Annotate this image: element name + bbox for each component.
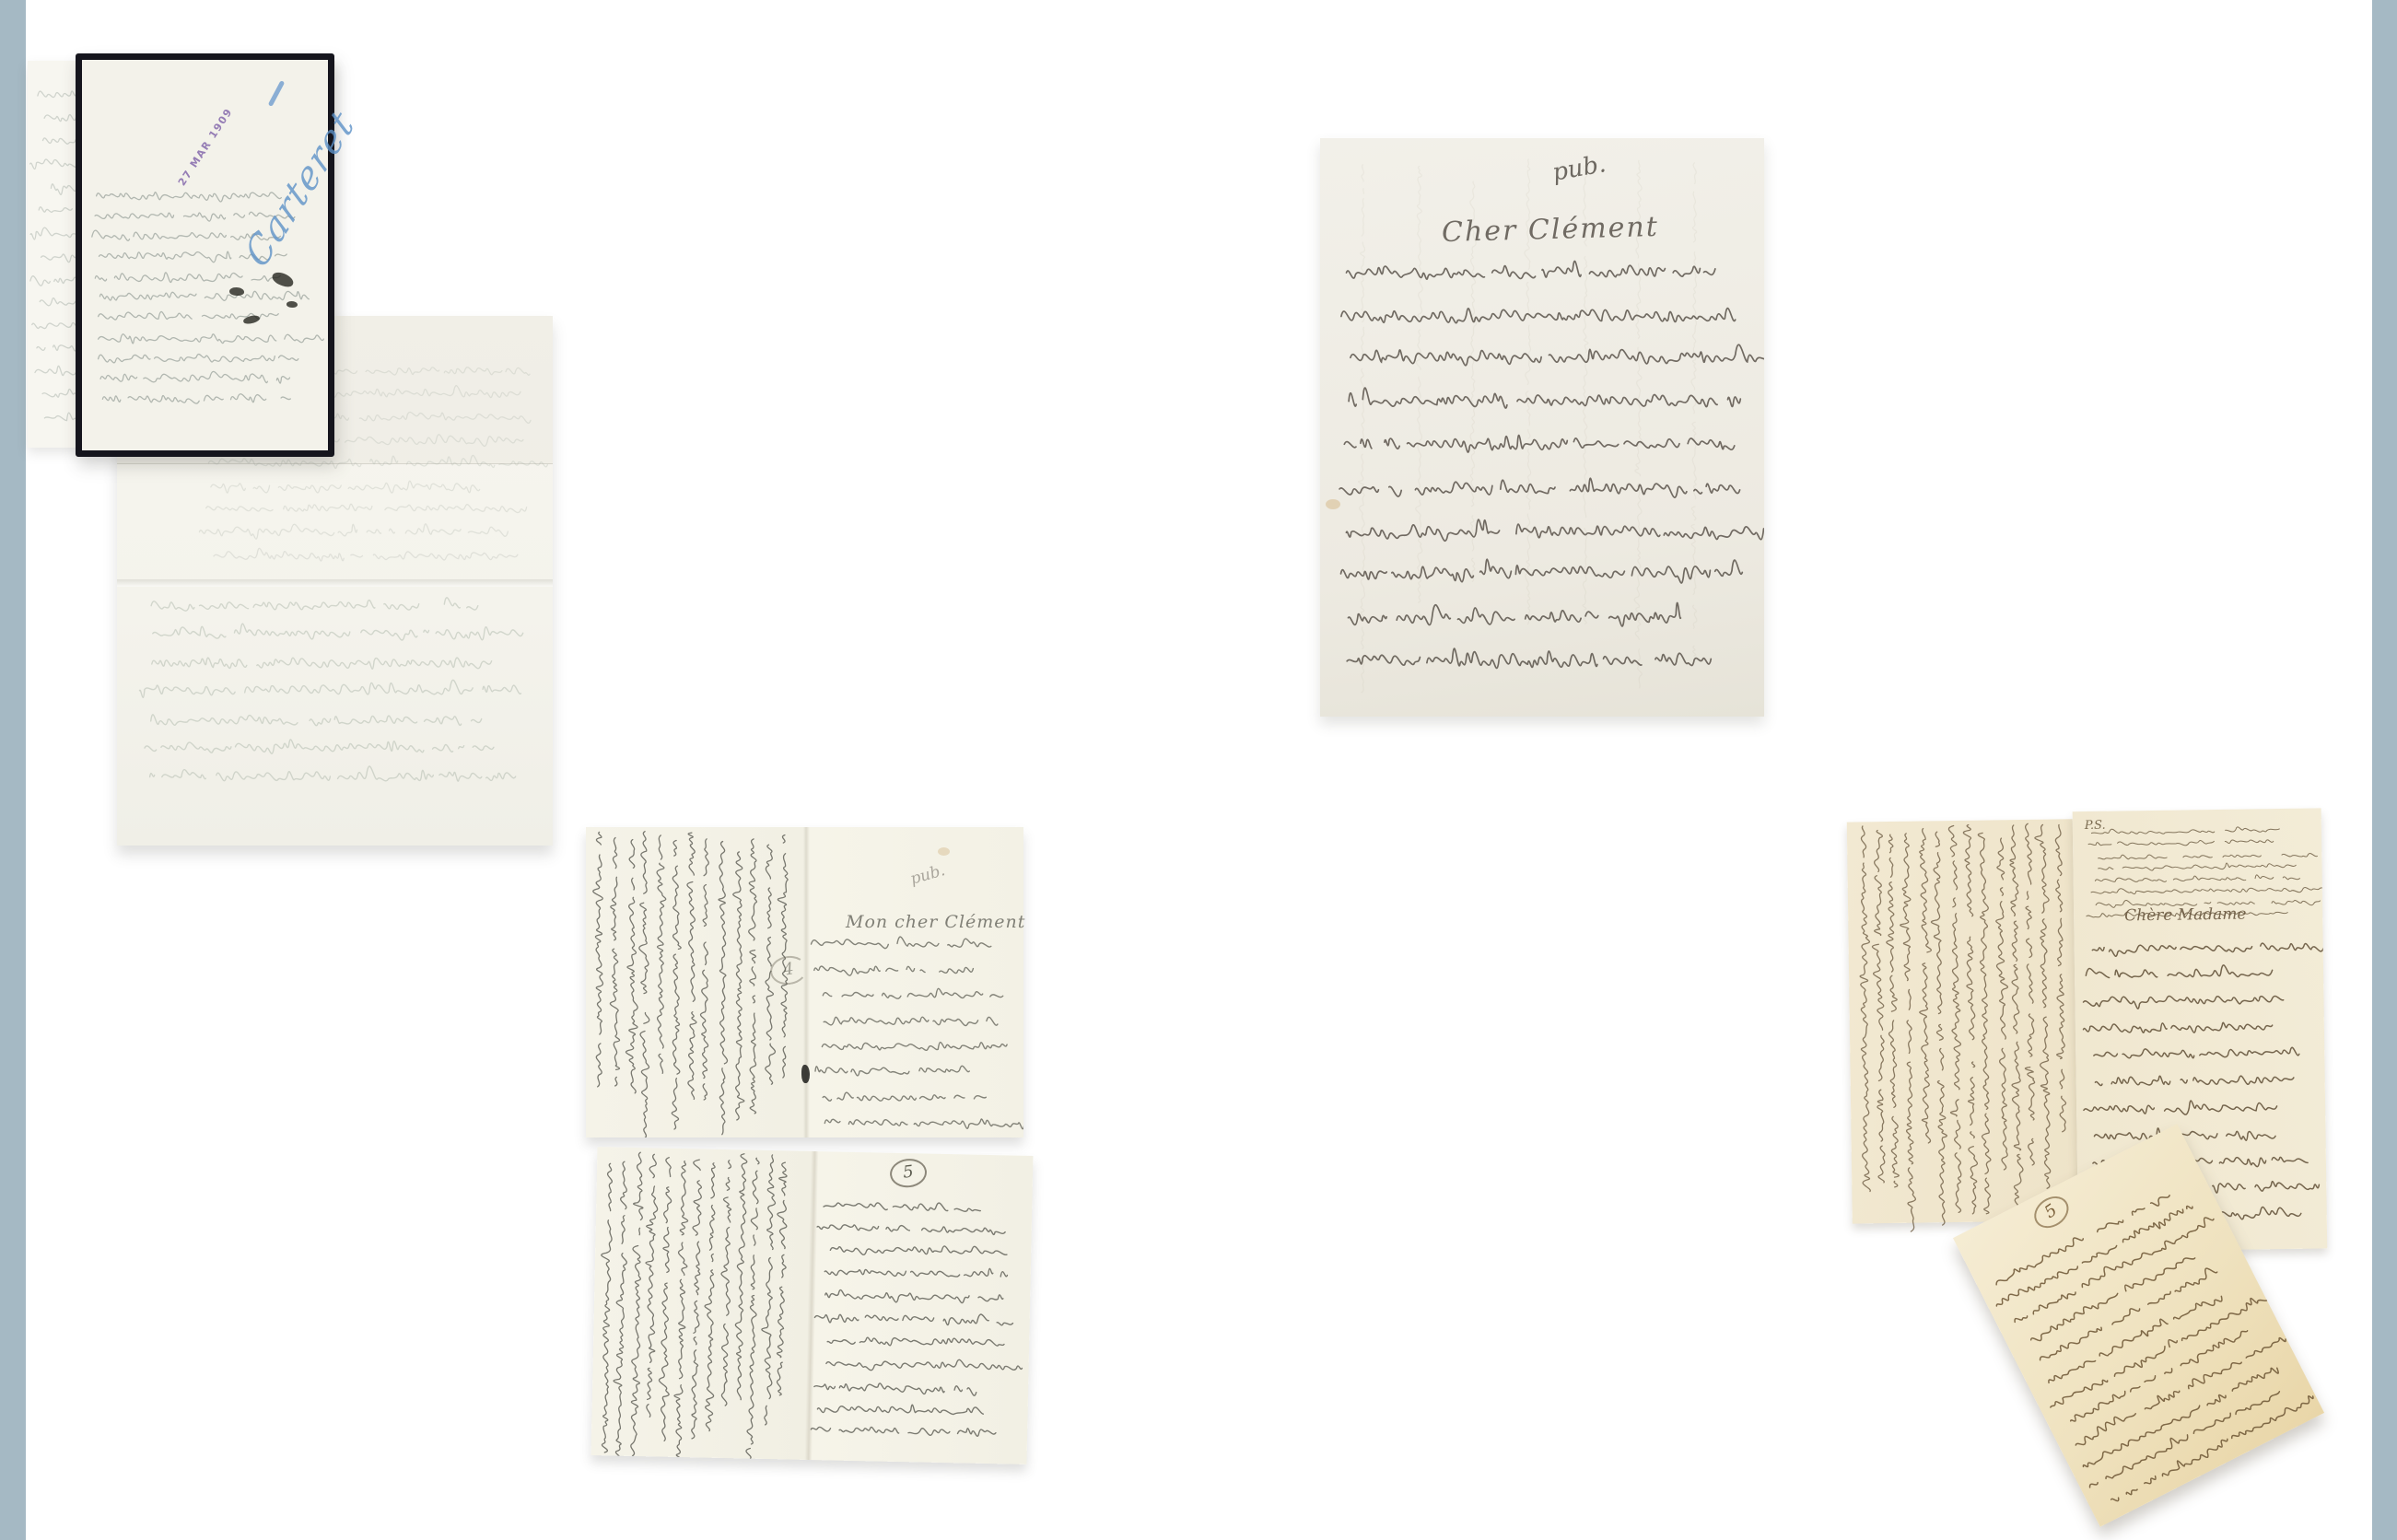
mourning-card: 27 MAR 1909 Carteret (76, 53, 334, 457)
salutation: Mon cher Clément (846, 912, 1025, 932)
tan-bifolium-left-page (1847, 819, 2078, 1223)
right-border-band (2372, 0, 2397, 1540)
page-number-circled: 5 (888, 1157, 928, 1190)
bifolium-page-4: pub. Mon cher Clément 4 (586, 827, 1023, 1137)
published-note: pub. (908, 861, 947, 889)
ink-blot (229, 287, 244, 296)
ink-blot (242, 314, 260, 325)
salutation: Chère Madame (2124, 905, 2247, 926)
ink-blot (271, 270, 296, 288)
fold-crease (117, 579, 553, 587)
check-mark-icon (268, 80, 285, 107)
left-border-band (0, 0, 26, 1540)
date-stamp: 27 MAR 1909 (168, 93, 244, 202)
foxing-spot (1326, 499, 1340, 509)
handwriting-lines (591, 1147, 1034, 1464)
ink-blot (801, 1065, 810, 1083)
letter-cher-clement: pub. Cher Clément (1320, 138, 1764, 717)
handwriting-lines (82, 60, 328, 450)
handwriting-lines (586, 827, 1023, 1137)
salutation: Cher Clément (1442, 211, 1660, 249)
catalog-photo: 27 MAR 1909 Carteret pub. Cher Clément p… (0, 0, 2397, 1540)
page-number-circled: 5 (2029, 1190, 2075, 1234)
page-number-circled: 4 (768, 953, 809, 986)
postscript-label: P.S. (2085, 819, 2106, 833)
bifolium-page-5: 5 (591, 1147, 1034, 1464)
ink-blot (286, 301, 298, 308)
foxing-spot (938, 847, 950, 856)
published-note: pub. (1550, 150, 1608, 187)
